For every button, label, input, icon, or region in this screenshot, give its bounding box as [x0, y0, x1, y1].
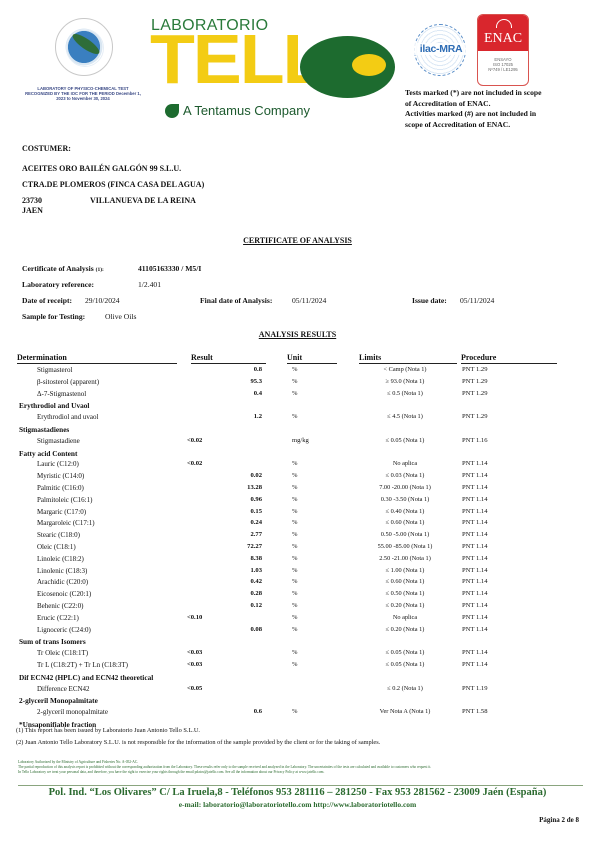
- determination-cell: Tr Oleic (C18:1T): [37, 649, 88, 657]
- footer-divider: [18, 785, 583, 786]
- result-cell: 0.15: [210, 508, 262, 515]
- limits-cell: 7.00 -20.00 (Nota 1): [355, 484, 455, 491]
- result-below-limit-cell: <0.10: [187, 614, 202, 621]
- limits-cell: 55.00 -85.00 (Nota 1): [355, 543, 455, 550]
- limits-cell: ≤ 0.60 (Nota 1): [355, 578, 455, 585]
- determination-cell: Stigmastadiene: [37, 437, 80, 445]
- procedure-cell: PNT 1.14: [462, 508, 488, 515]
- accreditation-note-line: Activities marked (#) are not included i…: [405, 109, 585, 120]
- table-group-heading: Stigmastadienes: [0, 425, 595, 437]
- procedure-cell: PNT 1.14: [462, 602, 488, 609]
- issue-date-label: Issue date:: [412, 296, 447, 305]
- result-cell: 95.3: [210, 378, 262, 385]
- ilac-mra-logo: ilac-MRA: [414, 24, 466, 76]
- determination-cell: Margaric (C17:0): [37, 508, 86, 516]
- coa-value: 41105163330 / M5/I: [138, 264, 201, 273]
- customer-name: ACEITES ORO BAILÉN GALGÓN 99 S.L.U.: [22, 164, 181, 173]
- unit-cell: %: [292, 413, 298, 420]
- table-row: Behenic (C22:0)0.12%≤ 0.20 (Nota 1)PNT 1…: [0, 602, 595, 614]
- table-row: Palmitoleic (C16:1)0.96%0.30 -3.50 (Nota…: [0, 496, 595, 508]
- limits-cell: ≤ 0.05 (Nota 1): [355, 661, 455, 668]
- procedure-cell: PNT 1.14: [462, 626, 488, 633]
- determination-cell: 2-glyceril monopalmitate: [37, 708, 108, 716]
- column-header-determination: Determination: [17, 353, 177, 364]
- determination-cell: Palmitic (C16:0): [37, 484, 84, 492]
- result-cell: 0.96: [210, 496, 262, 503]
- procedure-cell: PNT 1.29: [462, 413, 488, 420]
- procedure-cell: PNT 1.14: [462, 649, 488, 656]
- determination-cell: Stigmasterol: [37, 366, 72, 374]
- table-row: Linolenic (C18:3)1.03%≤ 1.00 (Nota 1)PNT…: [0, 567, 595, 579]
- table-group-heading: Fatty acid Content: [0, 449, 595, 461]
- table-row: Erucic (C22:1)<0.10%No aplicaPNT 1.14: [0, 614, 595, 626]
- limits-cell: ≤ 0.20 (Nota 1): [355, 602, 455, 609]
- determination-cell: Erythrodiol and Uvaol: [19, 401, 89, 410]
- limits-cell: < Camp (Nota 1): [355, 366, 455, 373]
- procedure-cell: PNT 1.14: [462, 484, 488, 491]
- determination-cell: Δ-7-Stigmastenol: [37, 390, 86, 398]
- receipt-date-value: 29/10/2024: [85, 296, 120, 305]
- result-cell: 0.02: [210, 472, 262, 479]
- unit-cell: %: [292, 484, 298, 491]
- enac-logo: ENAC ENSAYO ISO 17025 Nº749 / LE1295: [477, 14, 529, 86]
- limits-cell: ≤ 0.05 (Nota 1): [355, 649, 455, 656]
- unit-cell: %: [292, 378, 298, 385]
- unit-cell: mg/kg: [292, 437, 309, 444]
- determination-cell: Stearic (C18:0): [37, 531, 80, 539]
- column-header-procedure: Procedure: [461, 353, 557, 364]
- determination-cell: β-sitosterol (apparent): [37, 378, 99, 386]
- table-row: Lauric (C12:0)<0.02%No aplicaPNT 1.14: [0, 460, 595, 472]
- procedure-cell: PNT 1.14: [462, 614, 488, 621]
- customer-address: CTRA.DE PLOMEROS (FINCA CASA DEL AGUA): [22, 180, 204, 189]
- unit-cell: %: [292, 472, 298, 479]
- result-cell: 8.38: [210, 555, 262, 562]
- enac-label: ENAC: [484, 31, 522, 46]
- table-row: Linoleic (C18:2)8.38%2.50 -21.00 (Nota 1…: [0, 555, 595, 567]
- limits-cell: ≤ 1.00 (Nota 1): [355, 567, 455, 574]
- limits-cell: No aplica: [355, 460, 455, 467]
- determination-cell: Margaroleic (C17:1): [37, 519, 95, 527]
- procedure-cell: PNT 1.14: [462, 496, 488, 503]
- customer-label: COSTUMER:: [22, 144, 71, 153]
- result-below-limit-cell: <0.03: [187, 649, 202, 656]
- limits-cell: 0.50 -5.00 (Nota 1): [355, 531, 455, 538]
- determination-cell: Palmitoleic (C16:1): [37, 496, 92, 504]
- unit-cell: %: [292, 614, 298, 621]
- limits-cell: 2.50 -21.00 (Nota 1): [355, 555, 455, 562]
- table-row: Stigmastadiene<0.02mg/kg≤ 0.05 (Nota 1)P…: [0, 437, 595, 449]
- legal-notice: Laboratory Authorized by the Ministry of…: [18, 760, 578, 775]
- unit-cell: %: [292, 460, 298, 467]
- table-row: Margaric (C17:0)0.15%≤ 0.40 (Nota 1)PNT …: [0, 508, 595, 520]
- procedure-cell: PNT 1.14: [462, 460, 488, 467]
- limits-cell: ≤ 0.60 (Nota 1): [355, 519, 455, 526]
- result-cell: 0.6: [210, 708, 262, 715]
- limits-cell: ≤ 4.5 (Nota 1): [355, 413, 455, 420]
- brand-subtitle: A Tentamus Company: [165, 103, 310, 118]
- limits-cell: ≤ 0.5 (Nota 1): [355, 390, 455, 397]
- procedure-cell: PNT 1.16: [462, 437, 488, 444]
- determination-cell: Erythrodiol and uvaol: [37, 413, 98, 421]
- customer-postal-code: 23730: [22, 196, 42, 205]
- determination-cell: Arachidic (C20:0): [37, 578, 88, 586]
- limits-cell: ≤ 0.40 (Nota 1): [355, 508, 455, 515]
- sample-label: Sample for Testing:: [22, 312, 85, 321]
- procedure-cell: PNT 1.19: [462, 685, 488, 692]
- result-cell: 0.4: [210, 390, 262, 397]
- table-group-heading: Sum of trans Isomers: [0, 637, 595, 649]
- table-row: Eicosenoic (C20:1)0.28%≤ 0.50 (Nota 1)PN…: [0, 590, 595, 602]
- limits-cell: 0.30 -3.50 (Nota 1): [355, 496, 455, 503]
- table-row: Δ-7-Stigmastenol0.4%≤ 0.5 (Nota 1)PNT 1.…: [0, 390, 595, 402]
- procedure-cell: PNT 1.29: [462, 366, 488, 373]
- unit-cell: %: [292, 519, 298, 526]
- table-row: Tr L (C18:2T) + Tr Ln (C18:3T)<0.03%≤ 0.…: [0, 661, 595, 673]
- olive-icon: [352, 54, 386, 76]
- procedure-cell: PNT 1.29: [462, 378, 488, 385]
- table-row: Stearic (C18:0)2.77%0.50 -5.00 (Nota 1)P…: [0, 531, 595, 543]
- unit-cell: %: [292, 567, 298, 574]
- final-date-label: Final date of Analysis:: [200, 296, 272, 305]
- result-cell: 0.08: [210, 626, 262, 633]
- result-below-limit-cell: <0.03: [187, 661, 202, 668]
- accreditation-note: Tests marked (*) are not included in sco…: [405, 88, 585, 130]
- customer-province: JAEN: [22, 206, 43, 215]
- result-cell: 0.28: [210, 590, 262, 597]
- determination-cell: Myristic (C14:0): [37, 472, 84, 480]
- unit-cell: %: [292, 626, 298, 633]
- determination-cell: Lignoceric (C24:0): [37, 626, 91, 634]
- result-cell: 2.77: [210, 531, 262, 538]
- determination-cell: Fatty acid Content: [19, 449, 77, 458]
- unit-cell: %: [292, 366, 298, 373]
- procedure-cell: PNT 1.14: [462, 555, 488, 562]
- ilac-label: ilac-MRA: [413, 43, 469, 55]
- procedure-cell: PNT 1.58: [462, 708, 488, 715]
- ioc-caption: LABORATORY OF PHYSICO-CHEMICAL TEST RECO…: [24, 86, 142, 102]
- procedure-cell: PNT 1.14: [462, 543, 488, 550]
- result-below-limit-cell: <0.05: [187, 685, 202, 692]
- table-group-heading: 2-glyceril Monopalmitate: [0, 696, 595, 708]
- brand-logo-text: TELL: [150, 27, 325, 91]
- results-title: ANALYSIS RESULTS: [0, 330, 595, 339]
- unit-cell: %: [292, 496, 298, 503]
- determination-cell: Dif ECN42 (HPLC) and ECN42 theoretical: [19, 673, 153, 682]
- table-row: Difference ECN42<0.05≤ 0.2 (Nota 1)PNT 1…: [0, 685, 595, 697]
- footer-contact: e-mail: laboratorio@laboratoriotello.com…: [0, 800, 595, 809]
- procedure-cell: PNT 1.14: [462, 578, 488, 585]
- customer-city: VILLANUEVA DE LA REINA: [90, 196, 196, 205]
- table-group-heading: Dif ECN42 (HPLC) and ECN42 theoretical: [0, 673, 595, 685]
- result-cell: 1.03: [210, 567, 262, 574]
- unit-cell: %: [292, 708, 298, 715]
- table-row: Tr Oleic (C18:1T)<0.03%≤ 0.05 (Nota 1)PN…: [0, 649, 595, 661]
- table-row: Margaroleic (C17:1)0.24%≤ 0.60 (Nota 1)P…: [0, 519, 595, 531]
- accreditation-note-line: Tests marked (*) are not included in sco…: [405, 88, 585, 99]
- brand-oval-logo: [300, 36, 395, 98]
- result-cell: 0.8: [210, 366, 262, 373]
- procedure-cell: PNT 1.29: [462, 390, 488, 397]
- limits-cell: ≤ 0.20 (Nota 1): [355, 626, 455, 633]
- determination-cell: Behenic (C22:0): [37, 602, 83, 610]
- determination-cell: Linoleic (C18:2): [37, 555, 84, 563]
- unit-cell: %: [292, 555, 298, 562]
- result-below-limit-cell: <0.02: [187, 437, 202, 444]
- footnote-2: (2) Juan Antonio Tello Laboratory S.L.U.…: [16, 739, 380, 746]
- unit-cell: %: [292, 590, 298, 597]
- unit-cell: %: [292, 390, 298, 397]
- issue-date-value: 05/11/2024: [460, 296, 494, 305]
- unit-cell: %: [292, 508, 298, 515]
- unit-cell: %: [292, 661, 298, 668]
- result-cell: 1.2: [210, 413, 262, 420]
- procedure-cell: PNT 1.14: [462, 519, 488, 526]
- column-header-unit: Unit: [287, 353, 337, 364]
- crown-icon: [496, 19, 512, 28]
- determination-cell: Tr L (C18:2T) + Tr Ln (C18:3T): [37, 661, 128, 669]
- result-below-limit-cell: <0.02: [187, 460, 202, 467]
- table-row: 2-glyceril monopalmitate0.6%Ver Nota A (…: [0, 708, 595, 720]
- limits-cell: No aplica: [355, 614, 455, 621]
- accreditation-note-line: scope of Accreditation of ENAC.: [405, 120, 585, 131]
- column-header-limits: Limits: [359, 353, 457, 364]
- table-group-heading: Erythrodiol and Uvaol: [0, 401, 595, 413]
- procedure-cell: PNT 1.14: [462, 590, 488, 597]
- receipt-date-label: Date of receipt:: [22, 296, 72, 305]
- procedure-cell: PNT 1.14: [462, 661, 488, 668]
- limits-cell: ≤ 0.05 (Nota 1): [355, 437, 455, 444]
- limits-cell: ≥ 93.0 (Nota 1): [355, 378, 455, 385]
- unit-cell: %: [292, 543, 298, 550]
- table-row: Palmitic (C16:0)13.28%7.00 -20.00 (Nota …: [0, 484, 595, 496]
- procedure-cell: PNT 1.14: [462, 472, 488, 479]
- final-date-value: 05/11/2024: [292, 296, 326, 305]
- table-row: Myristic (C14:0)0.02%≤ 0.03 (Nota 1)PNT …: [0, 472, 595, 484]
- footer-address: Pol. Ind. “Los Olivares” C/ La Iruela,8 …: [0, 787, 595, 798]
- table-row: Stigmasterol0.8%< Camp (Nota 1)PNT 1.29: [0, 366, 595, 378]
- determination-cell: Stigmastadienes: [19, 425, 69, 434]
- determination-cell: Eicosenoic (C20:1): [37, 590, 91, 598]
- procedure-cell: PNT 1.14: [462, 531, 488, 538]
- determination-cell: Lauric (C12:0): [37, 460, 79, 468]
- table-row: Erythrodiol and uvaol1.2%≤ 4.5 (Nota 1)P…: [0, 413, 595, 425]
- footnote-1: (1) This report has been issued by Labor…: [16, 727, 200, 734]
- result-cell: 0.24: [210, 519, 262, 526]
- result-cell: 72.27: [210, 543, 262, 550]
- accreditation-note-line: of Accreditation of ENAC.: [405, 99, 585, 110]
- page-number: Página 2 de 8: [539, 816, 579, 824]
- lab-ref-value: 1/2.401: [138, 280, 161, 289]
- unit-cell: %: [292, 649, 298, 656]
- table-row: Arachidic (C20:0)0.42%≤ 0.60 (Nota 1)PNT…: [0, 578, 595, 590]
- determination-cell: Linolenic (C18:3): [37, 567, 87, 575]
- limits-cell: Ver Nota A (Nota 1): [355, 708, 455, 715]
- result-cell: 0.42: [210, 578, 262, 585]
- unit-cell: %: [292, 578, 298, 585]
- brand-subtitle-text: A Tentamus Company: [183, 103, 310, 118]
- certificate-title: CERTIFICATE OF ANALYSIS: [0, 236, 595, 245]
- coa-label: Certificate of Analysis (1):: [22, 264, 104, 273]
- table-row: β-sitosterol (apparent)95.3%≥ 93.0 (Nota…: [0, 378, 595, 390]
- column-header-result: Result: [191, 353, 266, 364]
- result-cell: 13.28: [210, 484, 262, 491]
- lab-ref-label: Laboratory reference:: [22, 280, 94, 289]
- ioc-logo: [55, 18, 113, 76]
- limits-cell: ≤ 0.03 (Nota 1): [355, 472, 455, 479]
- enac-info-line: Nº749 / LE1295: [478, 67, 528, 72]
- result-cell: 0.12: [210, 602, 262, 609]
- table-row: Lignoceric (C24:0)0.08%≤ 0.20 (Nota 1)PN…: [0, 626, 595, 638]
- determination-cell: Oleic (C18:1): [37, 543, 76, 551]
- limits-cell: ≤ 0.2 (Nota 1): [355, 685, 455, 692]
- tentamus-leaf-icon: [165, 104, 179, 118]
- legal-line: In Tello Laboratory we treat your person…: [18, 770, 578, 775]
- unit-cell: %: [292, 531, 298, 538]
- procedure-cell: PNT 1.14: [462, 567, 488, 574]
- unit-cell: %: [292, 602, 298, 609]
- limits-cell: ≤ 0.50 (Nota 1): [355, 590, 455, 597]
- determination-cell: Sum of trans Isomers: [19, 637, 86, 646]
- table-row: Oleic (C18:1)72.27%55.00 -85.00 (Nota 1)…: [0, 543, 595, 555]
- determination-cell: 2-glyceril Monopalmitate: [19, 696, 98, 705]
- determination-cell: Difference ECN42: [37, 685, 90, 693]
- determination-cell: Erucic (C22:1): [37, 614, 79, 622]
- sample-value: Olive Oils: [105, 312, 136, 321]
